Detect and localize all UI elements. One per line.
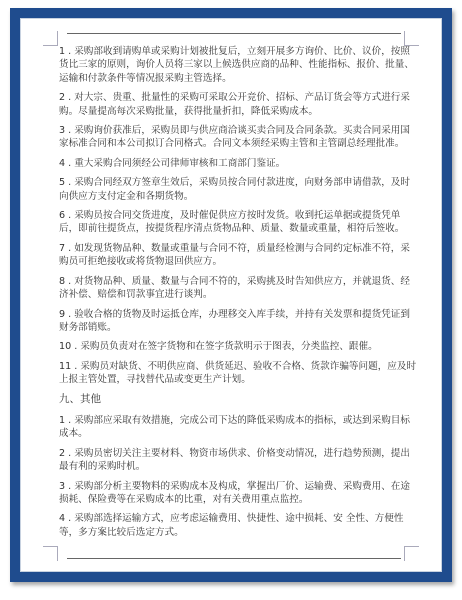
paragraph: 8 .对货物品种、质量、数量与合同不符的，采购挑及时告知供应方，并就退货、经济补… xyxy=(59,275,417,302)
document-frame: 1 .采购部收到请购单或采购计划被批复后，立刻开展多方询价、比价、议价，按照货比… xyxy=(10,8,452,582)
crop-mark-bottom-right xyxy=(404,546,419,561)
item-text: 采购部应采取有效措施，完成公司下达的降低采购成本的指标，或达到采购目标成本。 xyxy=(59,415,410,439)
crop-mark-top-left xyxy=(43,31,58,46)
item-number: 2 . xyxy=(59,92,71,103)
item-text: 采购部选择运输方式，应考虑运输费用、快捷性、途中损耗、安 全性、方便性等，多方案… xyxy=(59,513,403,537)
section-heading: 九、其他 xyxy=(59,393,417,406)
item-text: 验收合格的货物及时运抵仓库，办理移交入库手续，并持有关发票和提货凭证到财务部销账… xyxy=(59,309,410,333)
item-number: 6 . xyxy=(59,210,71,221)
item-text: 采购询价获准后，采购员即与供应商洽谈买卖合同及合同条款。买卖合同采用国家标准合同… xyxy=(59,125,410,149)
paragraph: 5 .采购合同经双方签章生效后，采购员按合同付款进度，向财务部申请借款，及时向供… xyxy=(59,176,417,203)
paragraph: 2 .采购员密切关注主要材料、物资市场供求、价格变动情况，进行趋势预测，提出最有… xyxy=(59,447,417,474)
paragraph: 6 .采购员按合同交货进度，及时催促供应方按时发货。收到托运单据或提货凭单后，即… xyxy=(59,209,417,236)
item-text: 采购合同经双方签章生效后，采购员按合同付款进度，向财务部申请借款，及时向供应方支… xyxy=(59,177,410,201)
document-page: 1 .采购部收到请购单或采购计划被批复后，立刻开展多方询价、比价、议价，按照货比… xyxy=(20,18,442,572)
paragraph: 7 .如发现货物品种、数量或重量与合同不符，质量经检测与合同约定标准不符，采购员… xyxy=(59,242,417,269)
paragraph: 11 .采购员对缺货、不明供应商、供货延迟、验收不合格、货款诈骗等问题，应及时上… xyxy=(59,360,417,387)
document-body: 1 .采购部收到请购单或采购计划被批复后，立刻开展多方询价、比价、议价，按照货比… xyxy=(59,45,417,545)
footer-rule xyxy=(67,558,401,559)
crop-mark-top-right xyxy=(404,31,419,46)
item-text: 采购员按合同交货进度，及时催促供应方按时发货。收到托运单据或提货凭单后，即前往提… xyxy=(59,210,404,234)
paragraph: 10 .采购员负责对在签字货物和在签字货款明示于图表，分类监控、跟催。 xyxy=(59,340,417,353)
item-number: 8 . xyxy=(59,276,71,287)
paragraph: 4 .重大采购合同须经公司律师审核和工商部门鉴证。 xyxy=(59,157,417,170)
item-text: 采购员密切关注主要材料、物资市场供求、价格变动情况，进行趋势预测，提出最有利的采… xyxy=(59,448,410,472)
paragraph: 4 .采购部选择运输方式，应考虑运输费用、快捷性、途中损耗、安 全性、方便性等，… xyxy=(59,512,417,539)
crop-mark-bottom-left xyxy=(43,546,58,561)
item-number: 2 . xyxy=(59,448,71,459)
item-text: 采购部收到请购单或采购计划被批复后，立刻开展多方询价、比价、议价，按照货比三家的… xyxy=(59,46,414,84)
paragraph: 9 .验收合格的货物及时运抵仓库，办理移交入库手续，并持有关发票和提货凭证到财务… xyxy=(59,308,417,335)
item-text: 对大宗、贵重、批量性的采购可采取公开竞价、招标、产品订货会等方式进行采购。尽量提… xyxy=(59,92,410,116)
item-number: 7 . xyxy=(59,243,71,254)
item-number: 1 . xyxy=(59,46,71,57)
item-text: 重大采购合同须经公司律师审核和工商部门鉴证。 xyxy=(74,158,285,169)
header-rule xyxy=(67,33,401,34)
paragraph: 2 .对大宗、贵重、批量性的采购可采取公开竞价、招标、产品订货会等方式进行采购。… xyxy=(59,91,417,118)
item-number: 3 . xyxy=(59,481,71,492)
item-number: 5 . xyxy=(59,177,71,188)
item-number: 4 . xyxy=(59,513,71,524)
paragraph: 3 .采购部分析主要物料的采购成本及构成，掌握出厂价、运输费、采购费用、在途损耗… xyxy=(59,480,417,507)
item-number: 9 . xyxy=(59,309,71,320)
item-text: 采购部分析主要物料的采购成本及构成，掌握出厂价、运输费、采购费用、在途损耗、保险… xyxy=(59,481,410,505)
item-text: 采购员对缺货、不明供应商、供货延迟、验收不合格、货款诈骗等问题，应及时上报主管处… xyxy=(59,361,416,385)
paragraph: 1 .采购部应采取有效措施，完成公司下达的降低采购成本的指标，或达到采购目标成本… xyxy=(59,414,417,441)
paragraph: 3 .采购询价获准后，采购员即与供应商洽谈买卖合同及合同条款。买卖合同采用国家标… xyxy=(59,124,417,151)
item-text: 对货物品种、质量、数量与合同不符的，采购挑及时告知供应方，并就退货、经济补偿、赔… xyxy=(59,276,410,300)
item-number: 10 . xyxy=(59,341,77,352)
item-number: 4 . xyxy=(59,158,71,169)
item-text: 采购员负责对在签字货物和在签字货款明示于图表，分类监控、跟催。 xyxy=(80,341,377,352)
item-number: 3 . xyxy=(59,125,71,136)
item-number: 11 . xyxy=(59,361,77,372)
item-text: 如发现货物品种、数量或重量与合同不符，质量经检测与合同约定标准不符，采购员可拒绝… xyxy=(59,243,410,267)
item-number: 1 . xyxy=(59,415,71,426)
paragraph: 1 .采购部收到请购单或采购计划被批复后，立刻开展多方询价、比价、议价，按照货比… xyxy=(59,45,417,85)
